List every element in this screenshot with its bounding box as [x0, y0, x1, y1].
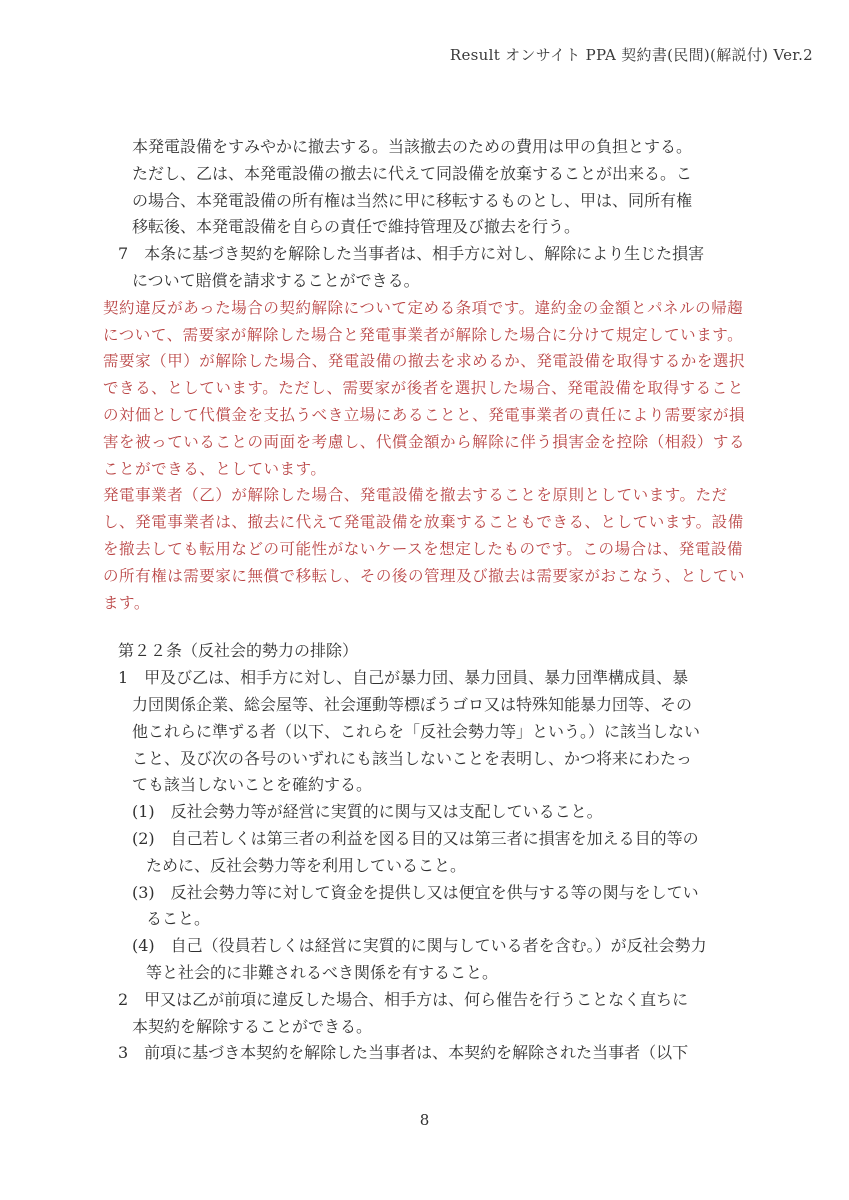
article22-item1-line: こと、及び次の各号のいずれにも該当しないことを表明し、かつ将来にわたっ: [103, 746, 763, 773]
article22-item1-line: ても該当しないことを確約する。: [103, 772, 763, 799]
annotation-line: 契約違反があった場合の契約解除について定める条項です。違約金の金額とパネルの帰趨: [103, 295, 763, 322]
article22-item3-line: 3 前項に基づき本契約を解除した当事者は、本契約を解除された当事者（以下: [103, 1040, 763, 1067]
article22-subitem3-line: ること。: [103, 906, 763, 933]
article22-item2-line: 2 甲又は乙が前項に違反した場合、相手方は、何ら催告を行うことなく直ちに: [103, 987, 763, 1014]
article22-subitem4-line: (4) 自己（役員若しくは経営に実質的に関与している者を含む。）が反社会勢力: [103, 933, 763, 960]
document-page: Result オンサイト PPA 契約書(民間)(解説付) Ver.2 本発電設…: [0, 0, 849, 1200]
clause-continuation-line: ただし、乙は、本発電設備の撤去に代えて同設備を放棄することが出来る。こ: [103, 161, 763, 188]
annotation-line: の所有権は需要家に無償で移転し、その後の管理及び撤去は需要家がおこなう、としてい: [103, 563, 763, 590]
article22-heading: 第２２条（反社会的勢力の排除）: [103, 638, 763, 665]
annotation-line: を撤去しても転用などの可能性がないケースを想定したものです。この場合は、発電設備: [103, 536, 763, 563]
annotation-line: 害を被っていることの両面を考慮し、代償金額から解除に伴う損害金を控除（相殺）する: [103, 429, 763, 456]
article22-subitem4-line: 等と社会的に非難されるべき関係を有すること。: [103, 960, 763, 987]
article22-item1-line: 他これらに準ずる者（以下、これらを「反社会勢力等」という。）に該当しない: [103, 719, 763, 746]
page-number: 8: [0, 1110, 849, 1130]
clause-item7-line: 7 本条に基づき契約を解除した当事者は、相手方に対し、解除により生じた損害: [103, 241, 763, 268]
clause-continuation-line: 移転後、本発電設備を自らの責任で維持管理及び撤去を行う。: [103, 214, 763, 241]
annotation-line: ことができる、としています。: [103, 456, 763, 483]
document-title-header: Result オンサイト PPA 契約書(民間)(解説付) Ver.2: [450, 44, 813, 65]
annotation-line: 需要家（甲）が解除した場合、発電設備の撤去を求めるか、発電設備を取得するかを選択: [103, 348, 763, 375]
clause-continuation-line: の場合、本発電設備の所有権は当然に甲に移転するものとし、甲は、同所有権: [103, 188, 763, 215]
article22-item1-line: 力団関係企業、総会屋等、社会運動等標ぼうゴロ又は特殊知能暴力団等、その: [103, 692, 763, 719]
clause-item7-line: について賠償を請求することができる。: [103, 268, 763, 295]
article22-item1-line: 1 甲及び乙は、相手方に対し、自己が暴力団、暴力団員、暴力団準構成員、暴: [103, 665, 763, 692]
article22-item2-line: 本契約を解除することができる。: [103, 1014, 763, 1041]
document-body: 本発電設備をすみやかに撤去する。当該撤去のための費用は甲の負担とする。 ただし、…: [103, 134, 763, 1067]
annotation-line: し、発電事業者は、撤去に代えて発電設備を放棄することもできる、としています。設備: [103, 509, 763, 536]
annotation-line: できる、としています。ただし、需要家が後者を選択した場合、発電設備を取得すること: [103, 375, 763, 402]
article22-subitem1-line: (1) 反社会勢力等が経営に実質的に関与又は支配していること。: [103, 799, 763, 826]
annotation-line: について、需要家が解除した場合と発電事業者が解除した場合に分けて規定しています。: [103, 322, 763, 349]
annotation-line: 発電事業者（乙）が解除した場合、発電設備を撤去することを原則としています。ただ: [103, 482, 763, 509]
article22-subitem2-line: ために、反社会勢力等を利用していること。: [103, 853, 763, 880]
article22-subitem3-line: (3) 反社会勢力等に対して資金を提供し又は便宜を供与する等の関与をしてい: [103, 880, 763, 907]
article22-subitem2-line: (2) 自己若しくは第三者の利益を図る目的又は第三者に損害を加える目的等の: [103, 826, 763, 853]
clause-continuation-line: 本発電設備をすみやかに撤去する。当該撤去のための費用は甲の負担とする。: [103, 134, 763, 161]
annotation-line: の対価として代償金を支払うべき立場にあることと、発電事業者の責任により需要家が損: [103, 402, 763, 429]
annotation-line: ます。: [103, 590, 763, 617]
